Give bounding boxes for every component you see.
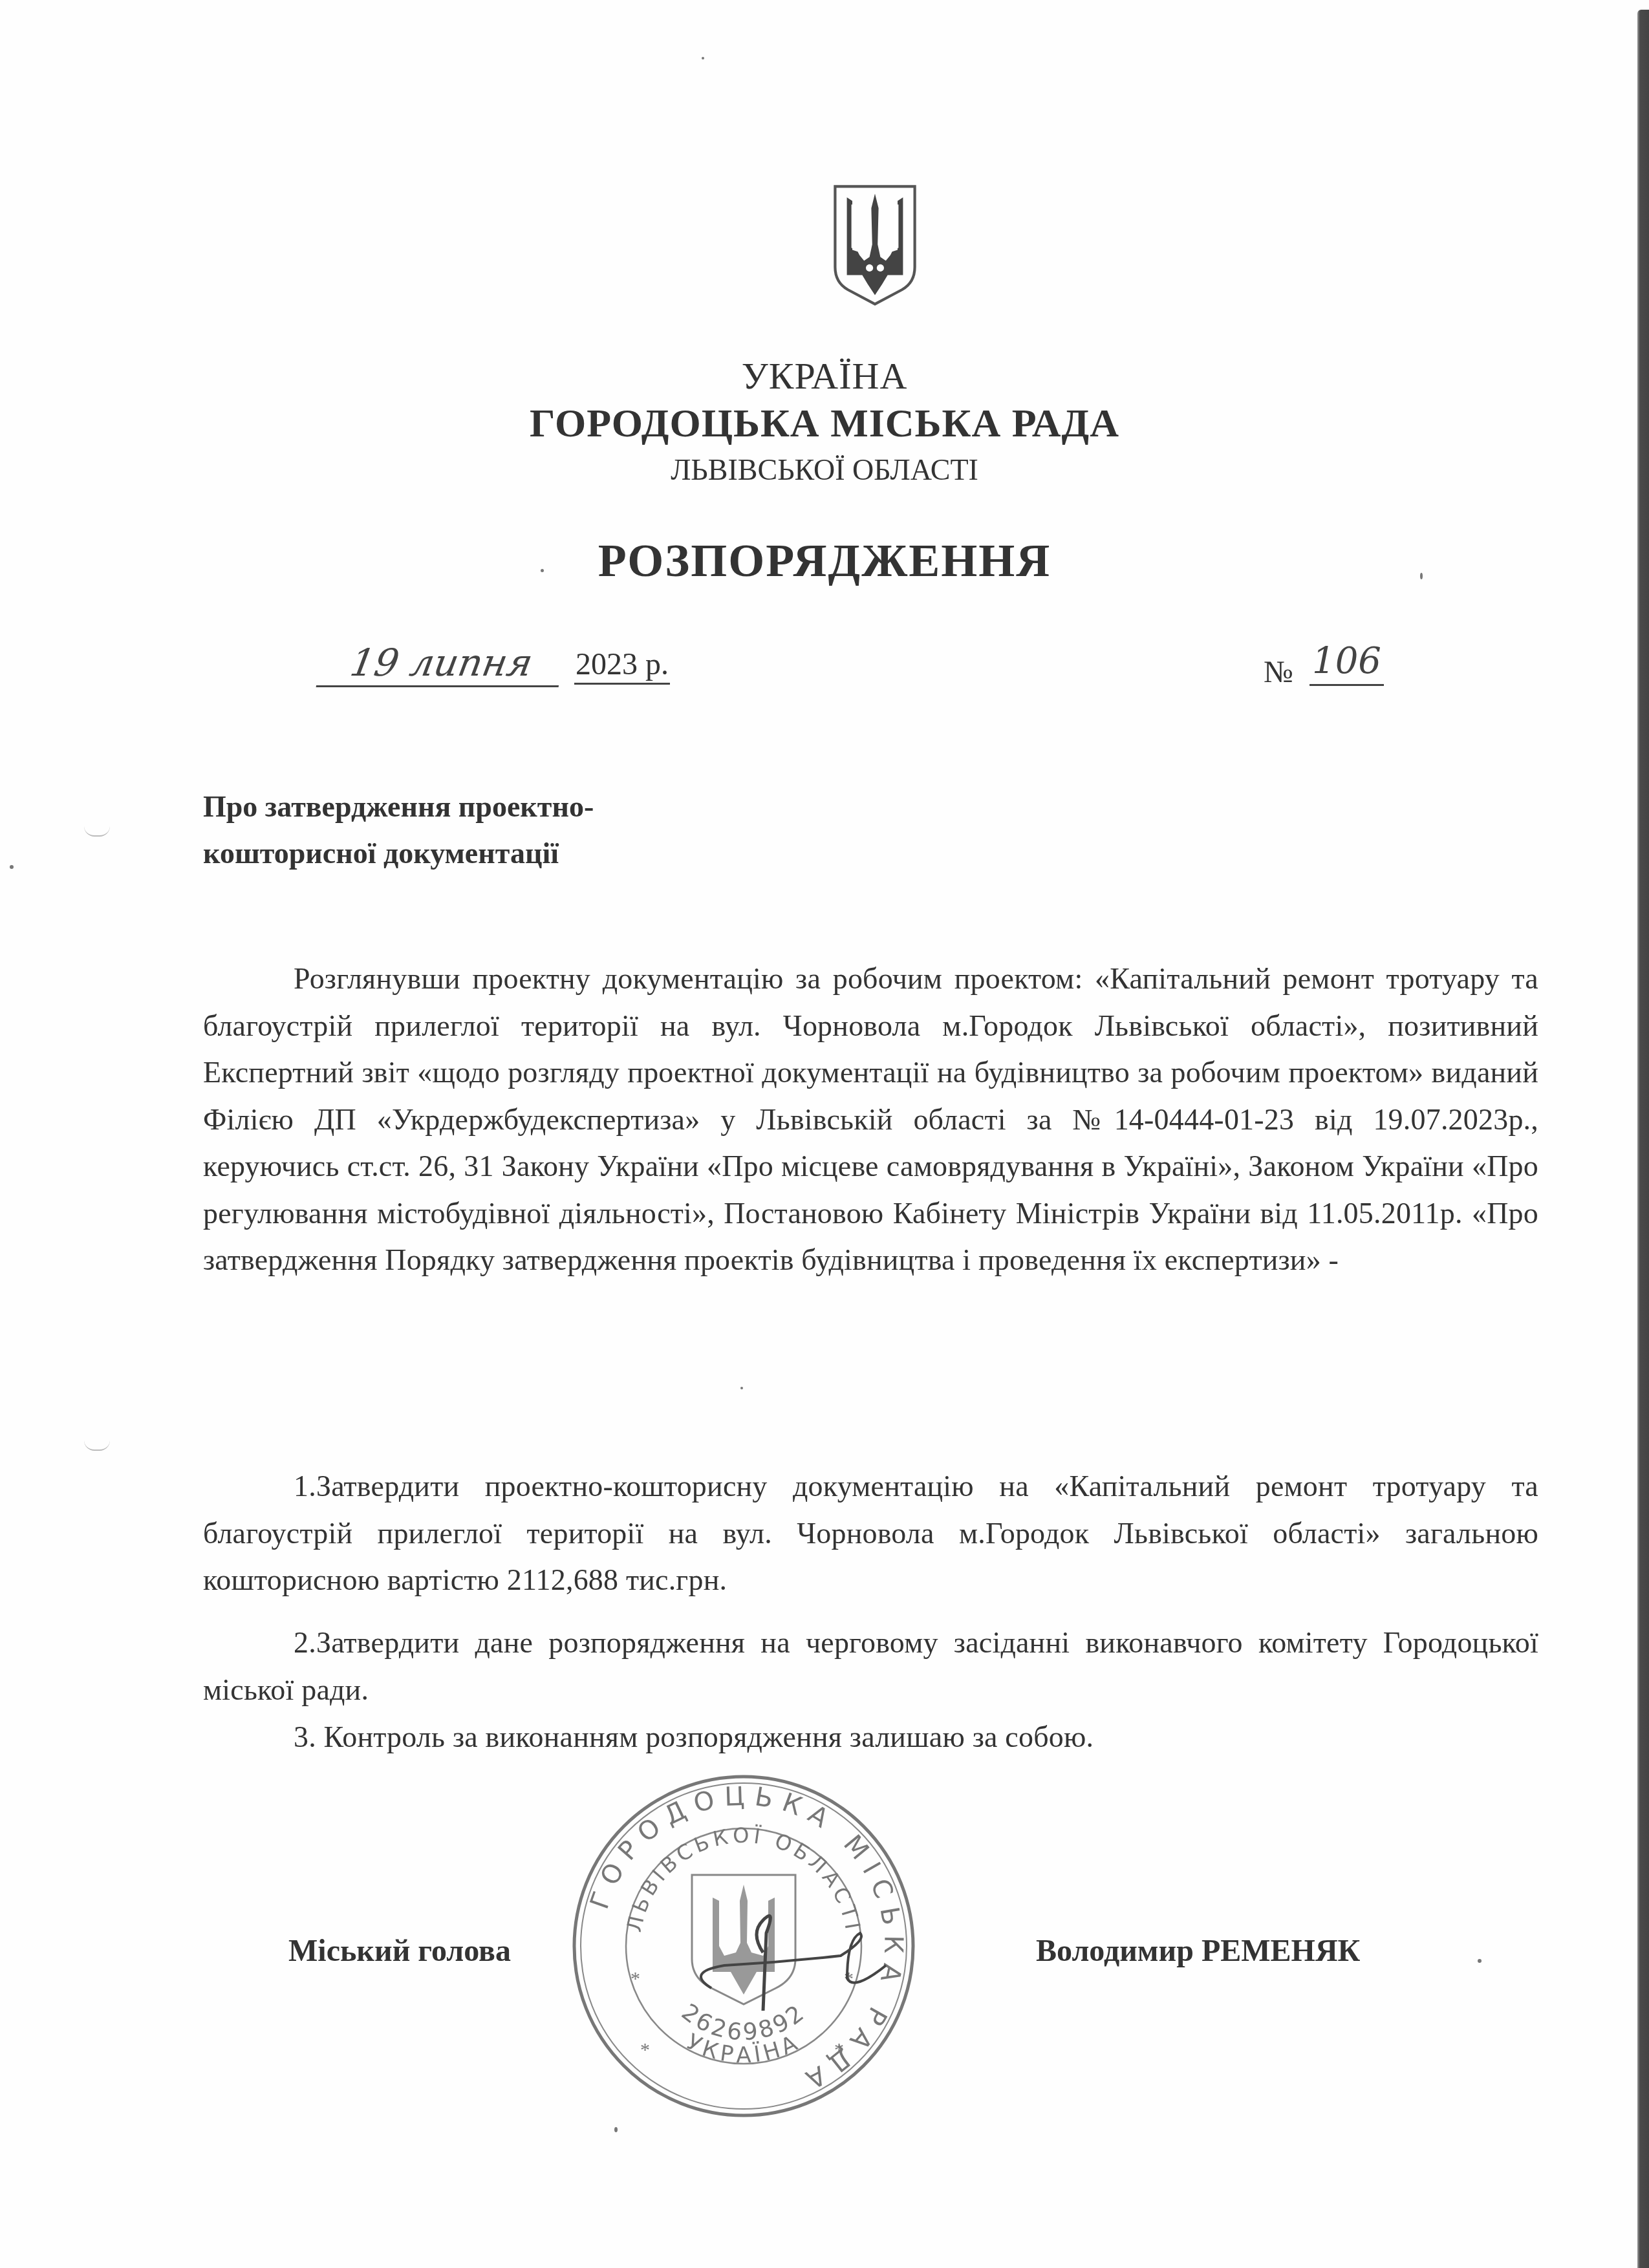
scan-speck (10, 865, 14, 869)
scan-speck (1478, 1959, 1482, 1963)
order-item-1-text: 1.Затвердити проектно-кошторисну докумен… (203, 1470, 1538, 1596)
svg-text:*: * (630, 1968, 640, 1989)
signatory-title: Міський голова (288, 1933, 511, 1969)
region-name: ЛЬВІВСЬКОЇ ОБЛАСТІ (0, 453, 1649, 487)
subject-line-2: кошторисної документації (203, 830, 594, 877)
order-item-3: 3. Контроль за виконанням розпорядження … (203, 1714, 1538, 1761)
scan-speck (740, 1387, 743, 1389)
country-name: УКРАЇНА (0, 354, 1649, 398)
document-page: УКРАЇНА ГОРОДОЦЬКА МІСЬКА РАДА ЛЬВІВСЬКО… (0, 0, 1649, 2268)
svg-text:*: * (834, 2039, 844, 2060)
margin-mark (84, 826, 110, 837)
handwritten-number: 106 (1309, 639, 1384, 686)
preamble-paragraph: Розглянувши проектну документацію за роб… (203, 956, 1538, 1284)
document-kind-title: РОЗПОРЯДЖЕННЯ (0, 534, 1649, 588)
scan-speck (614, 2127, 618, 2132)
scanner-edge (1637, 10, 1649, 2268)
scan-speck (702, 57, 704, 59)
signatory-name: Володимир РЕМЕНЯК (1036, 1933, 1360, 1969)
preamble-text: Розглянувши проектну документацію за роб… (203, 962, 1538, 1276)
order-item-3-text: 3. Контроль за виконанням розпорядження … (294, 1720, 1094, 1753)
subject-heading: Про затвердження проектно- кошторисної д… (203, 784, 594, 877)
scan-speck (1420, 573, 1423, 579)
handwritten-date: 19 липня (316, 640, 567, 687)
scan-speck (541, 569, 544, 572)
order-item-1: 1.Затвердити проектно-кошторисну докумен… (203, 1463, 1538, 1604)
subject-line-1: Про затвердження проектно- (203, 784, 594, 830)
order-item-2-text: 2.Затвердити дане розпорядження на черго… (203, 1626, 1538, 1706)
order-item-2: 2.Затвердити дане розпорядження на черго… (203, 1620, 1538, 1713)
svg-text:*: * (640, 2039, 650, 2060)
coat-of-arms-icon (830, 180, 920, 309)
official-seal-stamp: ГОРОДОЦЬКА МІСЬКА РАДА ЛЬВІВСЬКОЇ ОБЛАСТ… (569, 1771, 918, 2121)
date-year: 2023 р. (574, 647, 670, 685)
margin-mark (84, 1440, 110, 1451)
number-label: № (1264, 654, 1293, 690)
council-name: ГОРОДОЦЬКА МІСЬКА РАДА (0, 401, 1649, 447)
